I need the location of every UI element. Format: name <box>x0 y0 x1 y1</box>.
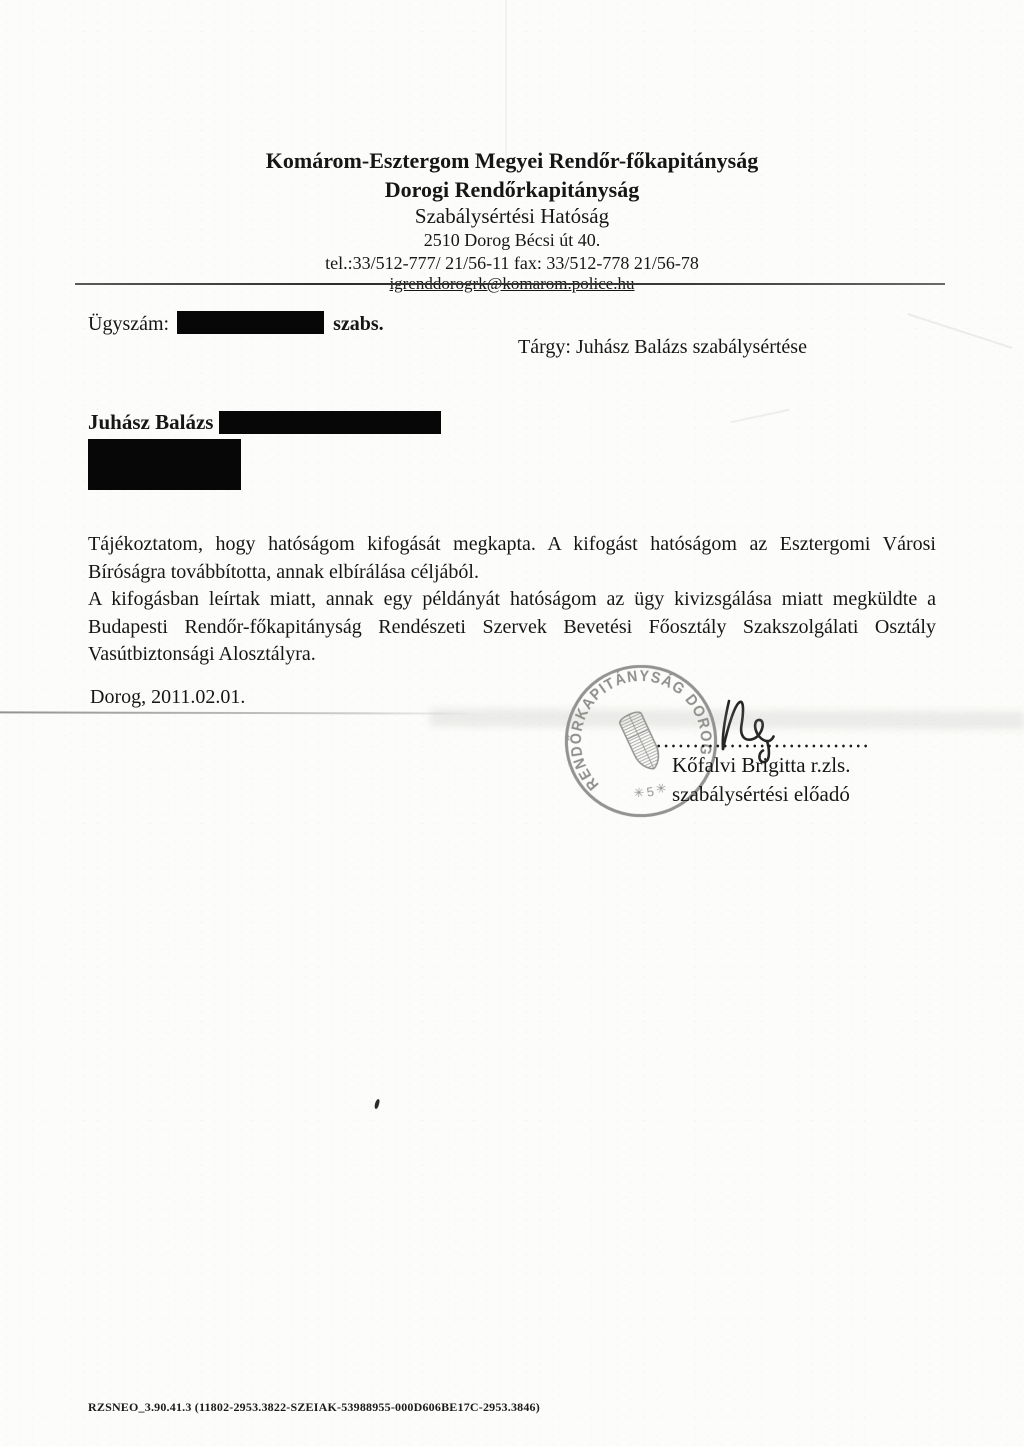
redaction-block-addressee-address <box>88 439 241 490</box>
signer-name: Kőfalvi Brigitta r.zls. <box>672 752 850 778</box>
letterhead-department: Szabálysértési Hatóság <box>0 203 1024 229</box>
system-reference-code: RZSNEO_3.90.41.3 (11802-2953.3822-SZEIAK… <box>88 1400 540 1415</box>
paper-fold-mark <box>505 0 507 160</box>
stamp-bottom-text: ✳ 5 ✳ <box>630 777 670 803</box>
paper-crease-right-lower <box>730 409 789 423</box>
letterhead-phone-fax: tel.:33/512-777/ 21/56-11 fax: 33/512-77… <box>0 252 1024 274</box>
date-place-line: Dorog, 2011.02.01. <box>90 686 245 709</box>
redaction-block-addressee-line1 <box>219 411 441 434</box>
paper-crease-shadow <box>430 708 1024 729</box>
signature-dotted-line <box>655 744 869 748</box>
paper-crease-line <box>0 711 478 714</box>
paper-crease-right-upper <box>907 313 1012 348</box>
addressee-name-row: Juhász Balázs <box>88 410 441 435</box>
letterhead-station: Dorogi Rendőrkapitányság <box>0 176 1024 203</box>
body-paragraph-1: Tájékoztatom, hogy hatóságom kifogását m… <box>88 531 936 586</box>
letterhead: Komárom-Esztergom Megyei Rendőr-főkapitá… <box>0 146 1024 294</box>
signer-title: szabálysértési előadó <box>672 781 850 807</box>
letter-body: Tájékoztatom, hogy hatóságom kifogását m… <box>88 531 936 669</box>
ink-speck <box>374 1099 380 1110</box>
scanned-letter-page: Komárom-Esztergom Megyei Rendőr-főkapitá… <box>0 0 1024 1446</box>
redaction-block-case-number <box>177 311 324 334</box>
header-divider-line <box>75 283 945 285</box>
addressee-block: Juhász Balázs <box>88 410 441 490</box>
case-number-row: Ügyszám:szabs. <box>88 311 384 336</box>
body-paragraph-2: A kifogásban leírtak miatt, annak egy pé… <box>88 586 936 669</box>
case-number-suffix: szabs. <box>333 313 384 335</box>
case-number-label: Ügyszám: <box>88 313 169 335</box>
svg-text:✳ 5 ✳: ✳ 5 ✳ <box>630 777 670 803</box>
letterhead-county-org: Komárom-Esztergom Megyei Rendőr-főkapitá… <box>0 146 1024 176</box>
addressee-name: Juhász Balázs <box>88 410 213 434</box>
letterhead-address: 2510 Dorog Bécsi út 40. <box>0 229 1024 252</box>
subject-line: Tárgy: Juhász Balázs szabálysértése <box>518 336 807 359</box>
